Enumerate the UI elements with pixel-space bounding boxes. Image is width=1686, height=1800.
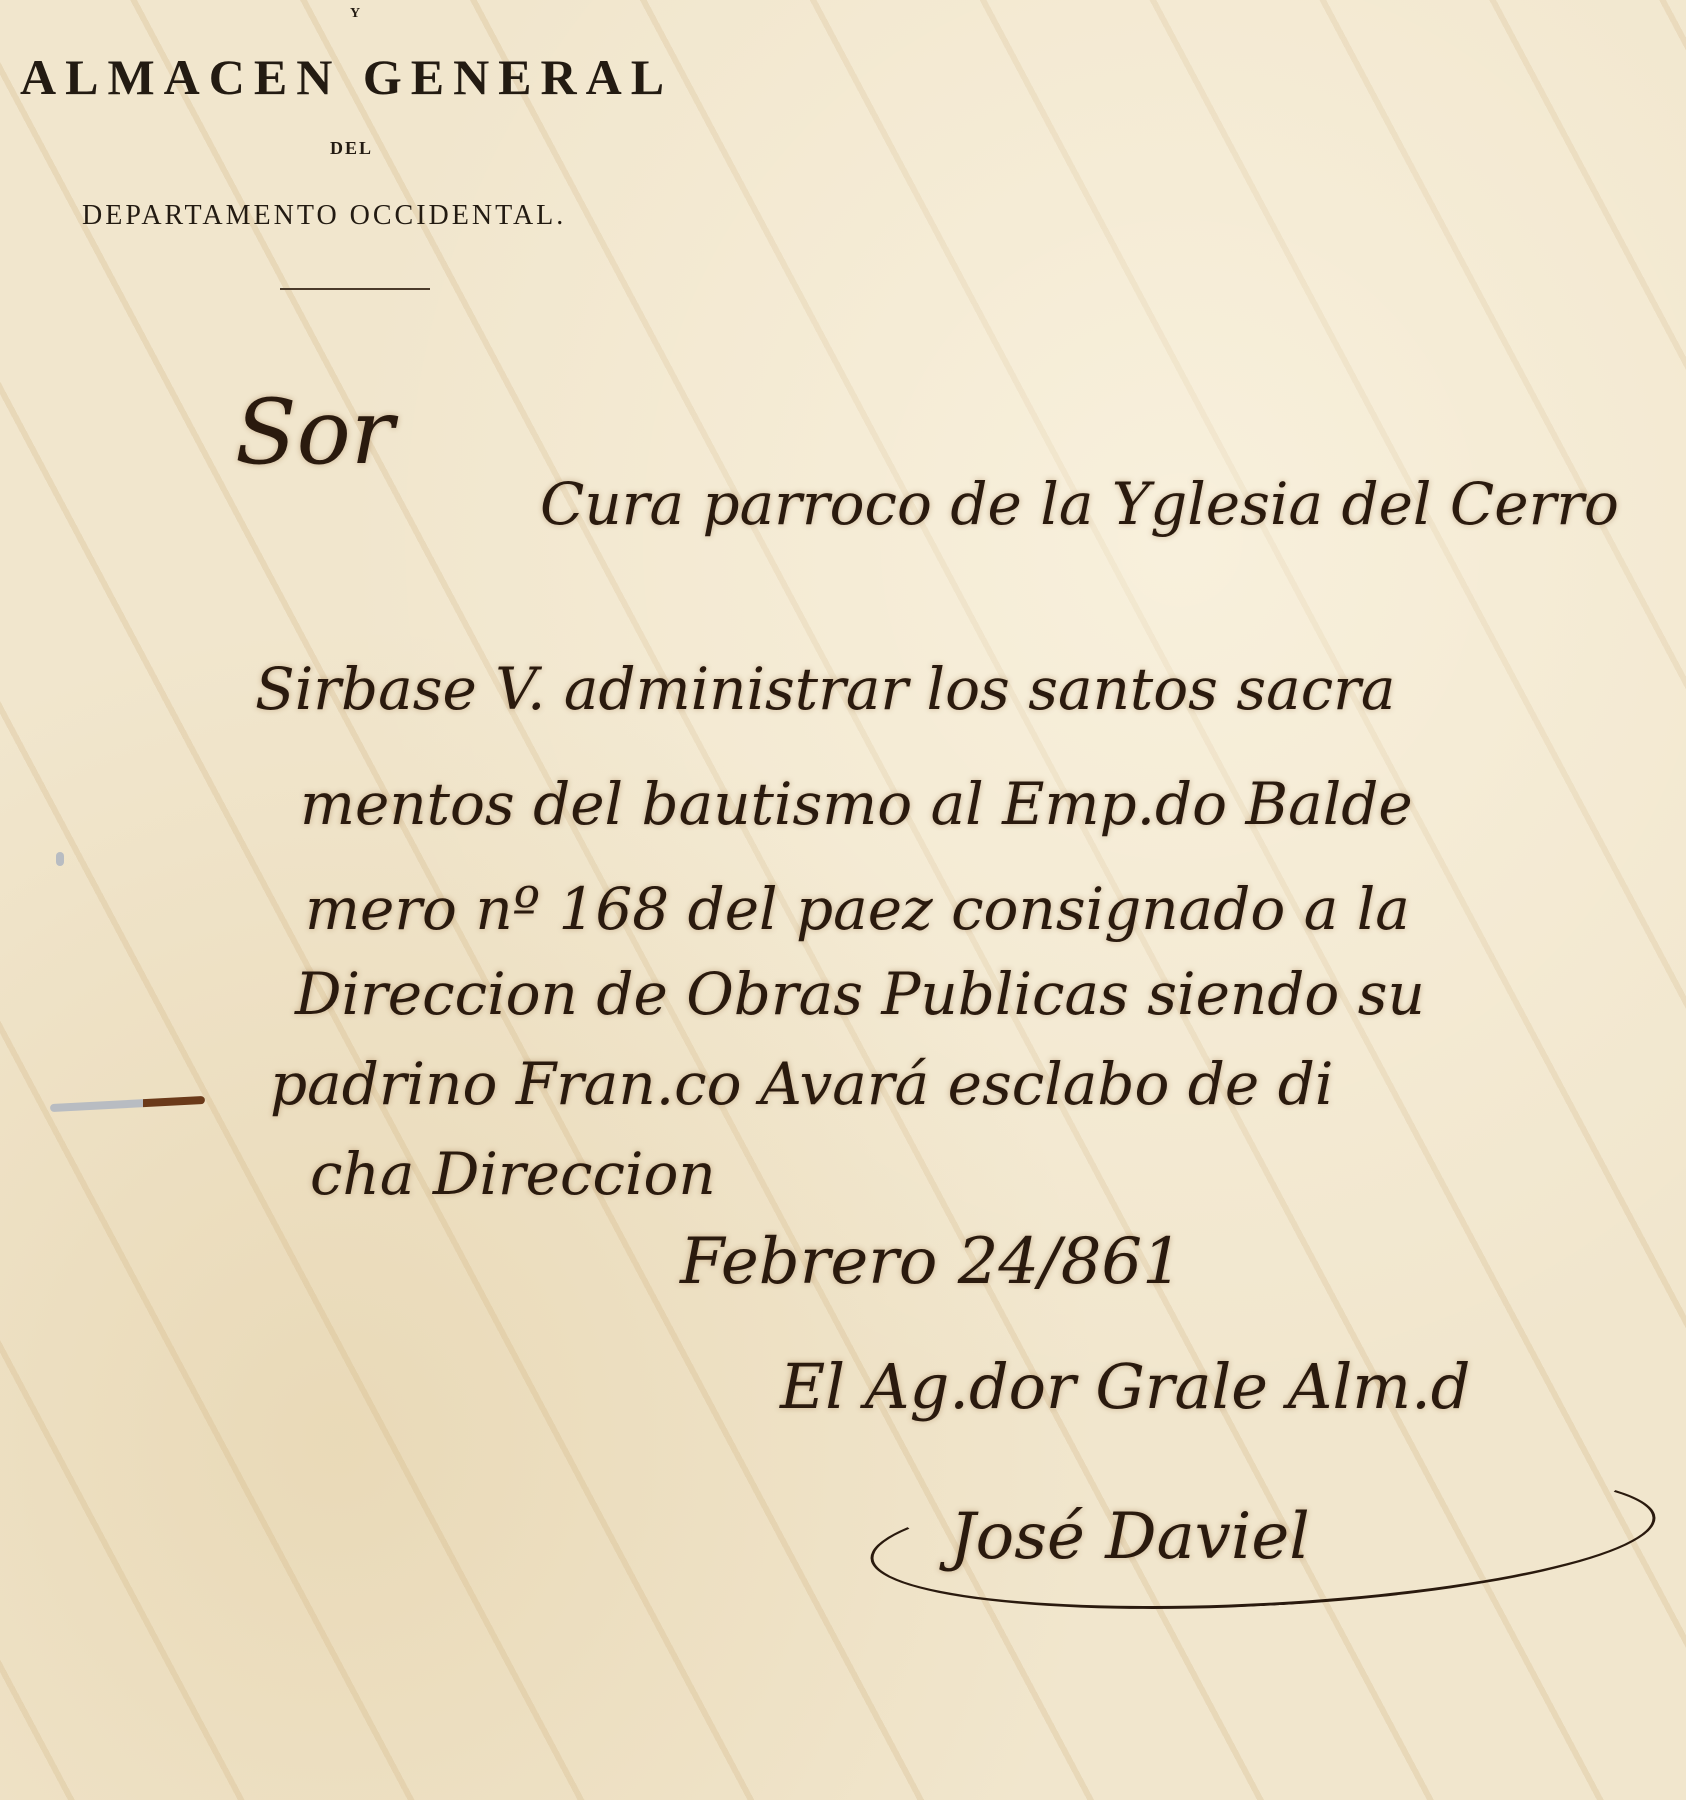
- body-line: mero nº 168 del paez consignado a la: [305, 875, 1410, 943]
- body-line: padrino Fran.co Avará esclabo de di: [270, 1050, 1333, 1118]
- letterhead-del: DEL: [330, 138, 373, 159]
- body-line: Direccion de Obras Publicas siendo su: [295, 960, 1425, 1028]
- letterhead-department: DEPARTAMENTO OCCIDENTAL.: [82, 200, 566, 232]
- margin-mark-stroke: [50, 1096, 205, 1112]
- body-line: mentos del bautismo al Emp.do Balde: [300, 770, 1413, 838]
- letterhead-title: ALMACEN GENERAL: [20, 48, 673, 106]
- signature: José Daviel: [950, 1500, 1310, 1574]
- salutation: Sor: [235, 380, 394, 485]
- body-line: cha Direccion: [310, 1140, 716, 1208]
- letterhead-rule: [280, 288, 430, 290]
- letter-date: Febrero 24/861: [680, 1225, 1183, 1299]
- margin-mark-dot: [56, 852, 64, 866]
- letter-page: Y ALMACEN GENERAL DEL DEPARTAMENTO OCCID…: [0, 0, 1686, 1800]
- body-line: Sirbase V. administrar los santos sacra: [255, 655, 1396, 723]
- signoff: El Ag.dor Grale Alm.d: [780, 1350, 1470, 1423]
- addressee: Cura parroco de la Yglesia del Cerro: [540, 470, 1619, 538]
- letterhead-conjunction: Y: [350, 6, 360, 22]
